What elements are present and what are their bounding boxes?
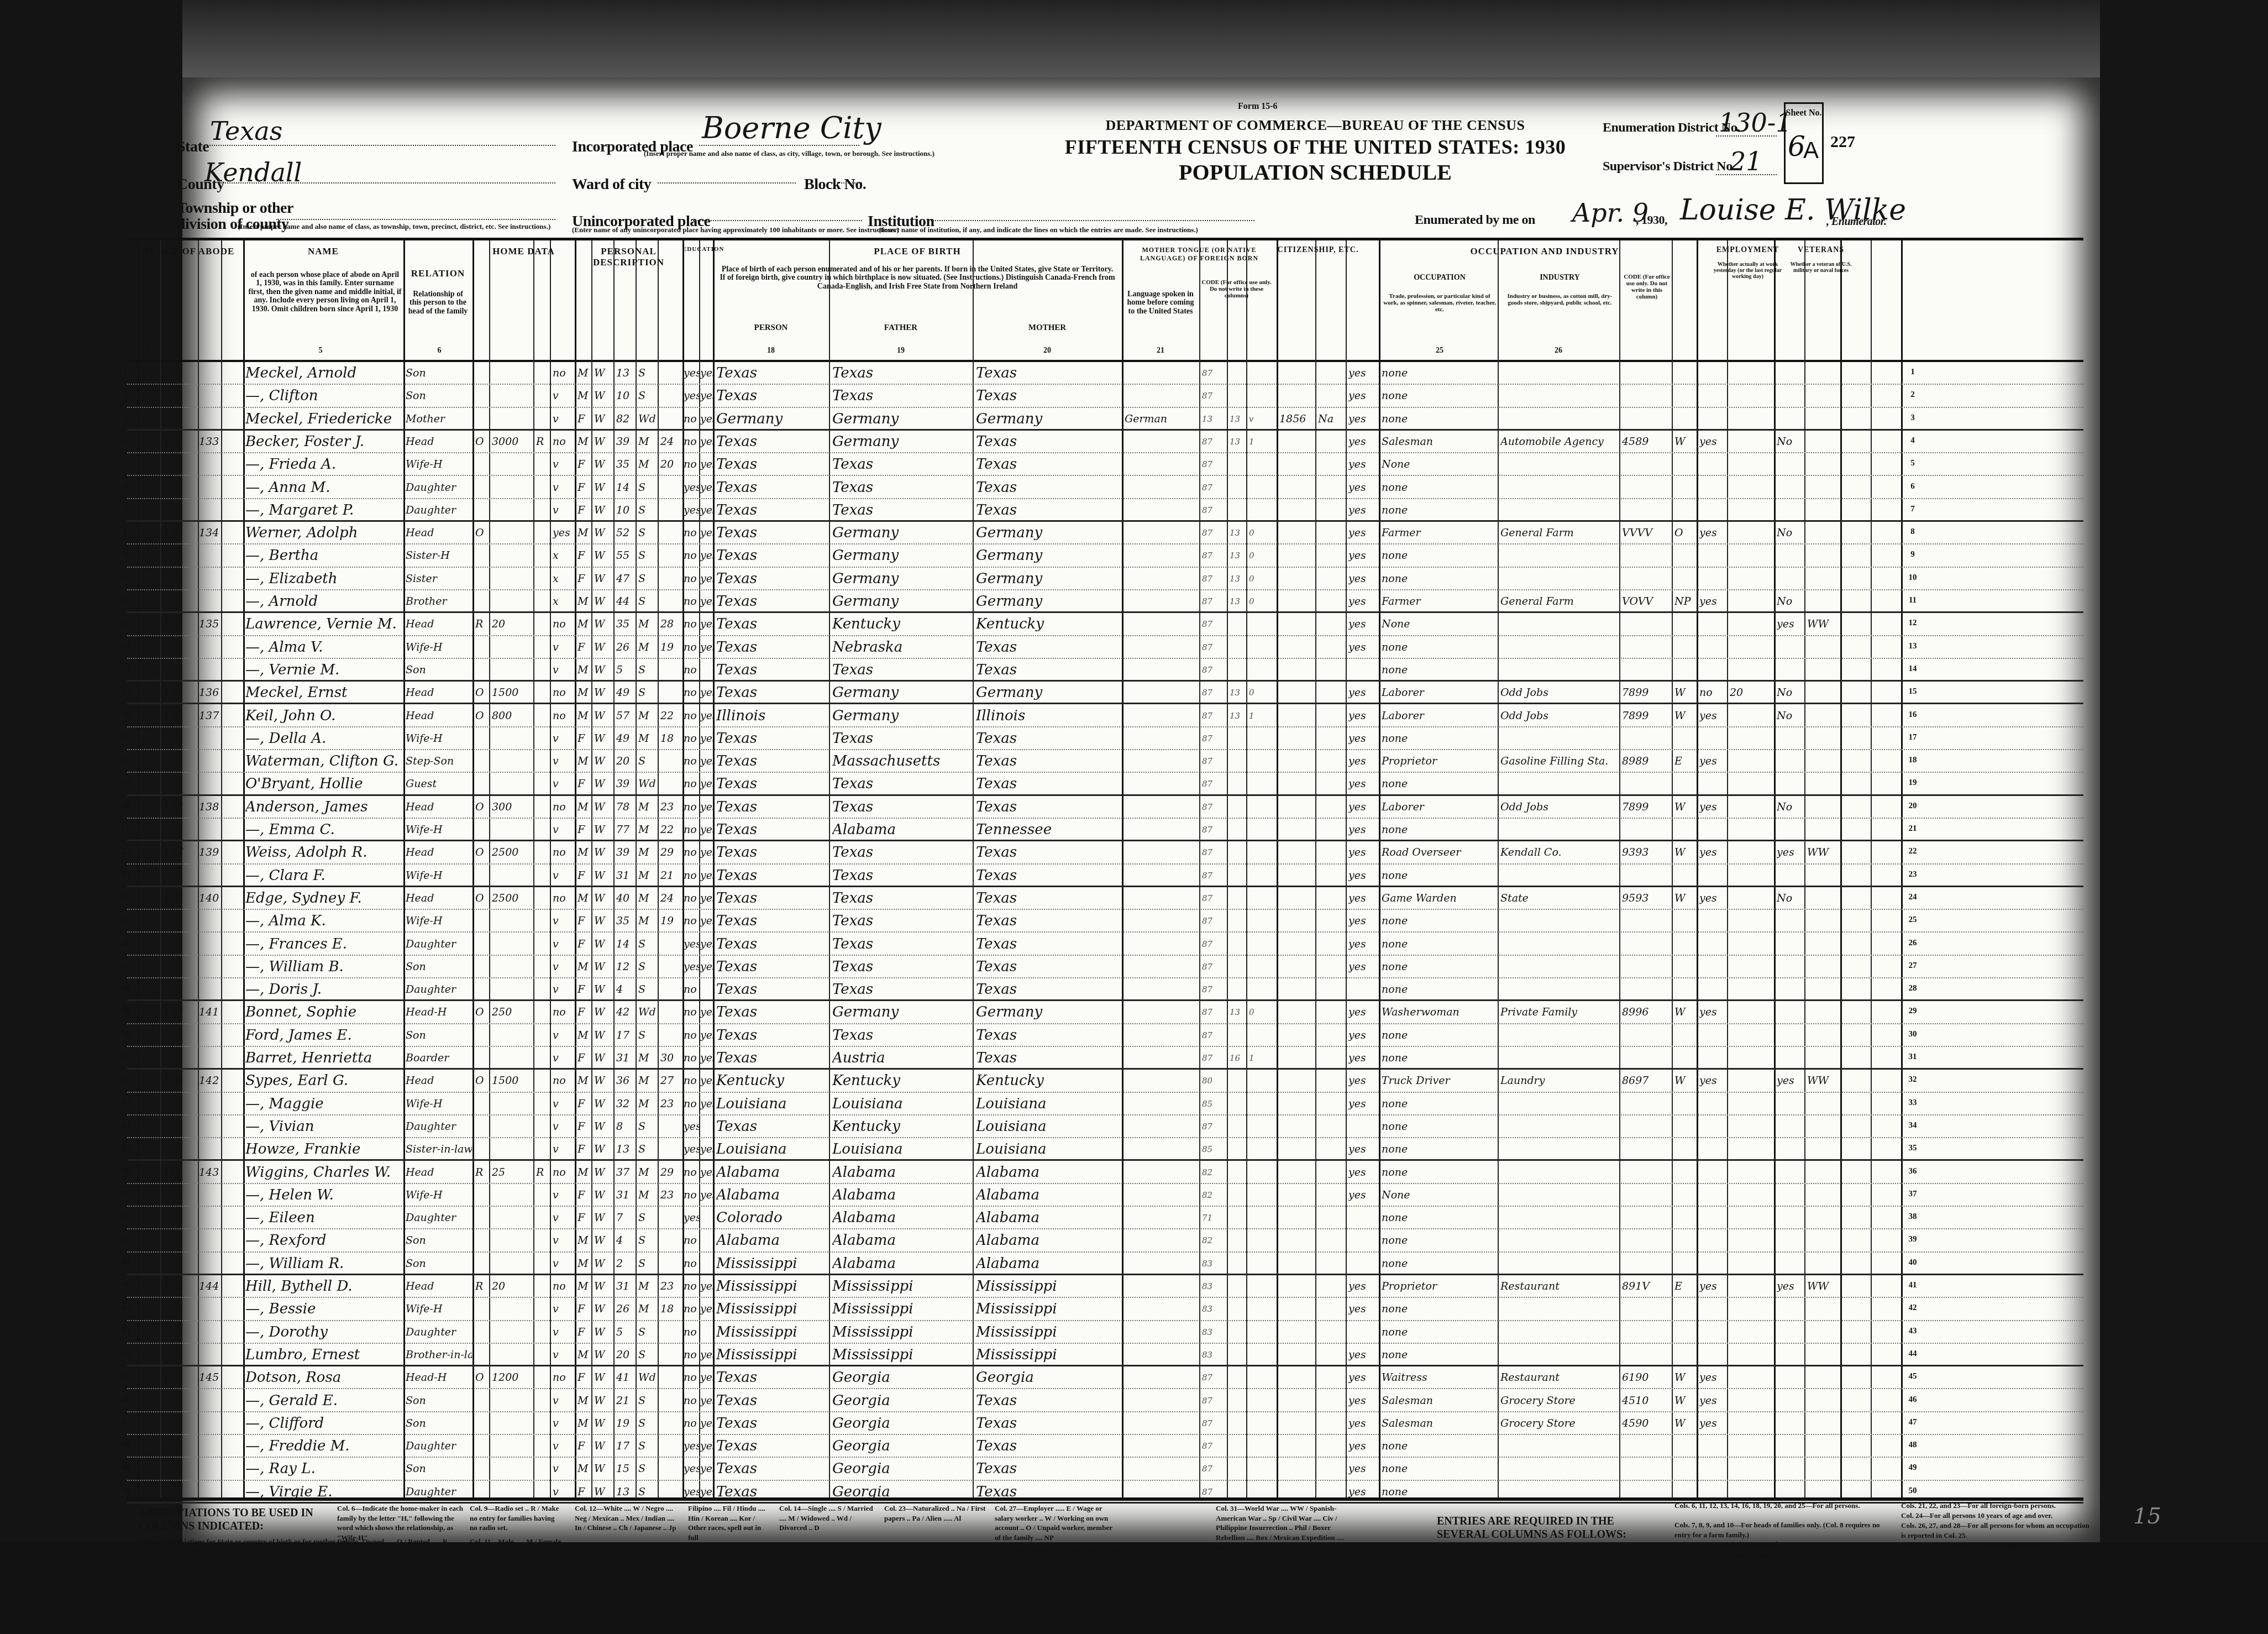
- cell-rel: Wife-H: [406, 910, 472, 932]
- cell-war: WW: [1807, 1070, 1840, 1092]
- table-row: 22—, CliftonSonvMW10SyesyesTexasTexasTex…: [127, 385, 2083, 407]
- cell-farm: v: [553, 453, 575, 475]
- cell-sch: yes: [684, 1138, 699, 1160]
- cell-farm: no: [553, 1001, 575, 1023]
- cell-eng: yes: [1348, 956, 1379, 978]
- cell-dw: 135: [163, 705, 197, 727]
- cell-mbp: Germany: [976, 408, 1122, 430]
- cell-rel: Brother-in-law: [406, 1344, 472, 1366]
- cell-sex: M: [577, 750, 591, 772]
- cell-read: yes: [700, 636, 713, 658]
- cell-read: yes: [700, 499, 713, 521]
- cell-mbp: Texas: [976, 727, 1122, 750]
- cell-mbp: Kentucky: [976, 1070, 1122, 1092]
- cell-sch: no: [684, 1229, 699, 1251]
- cell-read: yes: [700, 453, 713, 475]
- cell-name: Becker, Foster J.: [245, 431, 403, 453]
- cell-sch: no: [684, 522, 699, 544]
- cell-read: yes: [700, 819, 713, 841]
- cell-age: 12: [616, 956, 636, 978]
- cell-fbp: Texas: [832, 659, 973, 681]
- cell-ca: 87: [1202, 978, 1227, 1001]
- cell-ind: State: [1500, 887, 1619, 909]
- cell-cc: 0: [1249, 568, 1277, 590]
- cell-fbp: Georgia: [832, 1458, 973, 1480]
- cell-cls: W: [1674, 1412, 1697, 1434]
- cell-ca: 87: [1202, 1458, 1227, 1480]
- cell-sch: no: [684, 705, 699, 727]
- cell-farm: v: [553, 978, 575, 1001]
- pencil-page-mark: 15: [2133, 1504, 2161, 1529]
- cell-rel: Mother: [406, 408, 472, 430]
- cell-name: —, Virgie E.: [245, 1481, 403, 1503]
- table-row: 4444Lumbro, ErnestBrother-in-lawvMW20Sno…: [127, 1344, 2083, 1366]
- cell-ca: 87: [1202, 887, 1227, 909]
- cell-mar: Wd: [638, 408, 658, 430]
- cell-rel: Son: [406, 1458, 472, 1480]
- cell-fbp: Texas: [832, 865, 973, 887]
- cell-name: Ford, James E.: [245, 1024, 403, 1046]
- cell-occ: Proprietor: [1382, 1275, 1498, 1297]
- cell-fbp: Kentucky: [832, 613, 973, 635]
- cell-bp: Mississippi: [716, 1253, 829, 1275]
- cell-val: 250: [492, 1001, 533, 1023]
- cell-afm: 24: [660, 431, 683, 453]
- cell-sch: no: [684, 408, 699, 430]
- cell-vet: No: [1777, 682, 1804, 704]
- scan-border-top: [0, 0, 2268, 77]
- line-number-left: 9: [115, 550, 136, 559]
- line-number-right: 49: [1902, 1463, 1923, 1473]
- cell-bp: Texas: [716, 636, 829, 658]
- cell-read: yes: [700, 1138, 713, 1160]
- cell-race: W: [594, 933, 613, 955]
- cell-sex: M: [577, 385, 591, 407]
- line-number-left: 23: [115, 870, 136, 879]
- cell-own: O: [475, 1001, 489, 1023]
- cell-bp: Texas: [716, 1001, 829, 1023]
- cell-sch: no: [684, 636, 699, 658]
- entries-rule-7: Cols. 26, 27, and 28—For all persons for…: [1901, 1521, 2094, 1540]
- cell-eng: yes: [1348, 1366, 1379, 1389]
- cell-age: 47: [616, 568, 636, 590]
- col-number-19: 19: [890, 347, 912, 355]
- cell-mar: M: [638, 1047, 658, 1069]
- cell-sex: M: [577, 887, 591, 909]
- cell-rel: Wife-H: [406, 865, 472, 887]
- table-row: 2424138140Edge, Sydney F.HeadO2500noMW40…: [127, 887, 2083, 910]
- cell-mar: S: [638, 1458, 658, 1480]
- cell-ind: General Farm: [1500, 522, 1619, 544]
- line-number-left: 6: [115, 482, 136, 491]
- cell-occ: None: [1382, 1184, 1498, 1206]
- header-mother: MOTHER: [973, 323, 1122, 333]
- cell-read: yes: [700, 613, 713, 635]
- cell-dw: 137: [163, 841, 197, 863]
- cell-ca: 83: [1202, 1298, 1227, 1320]
- cell-occ: Proprietor: [1382, 750, 1498, 772]
- entries-rule-3: Col. 15—For married persons only.: [1674, 1539, 1890, 1549]
- cell-occ: none: [1382, 408, 1498, 430]
- cell-farm: v: [553, 476, 575, 499]
- abbrev-col23: Col. 23—Naturalized .. Na / First papers…: [884, 1504, 989, 1523]
- cell-occ: Laborer: [1382, 705, 1498, 727]
- cell-name: —, Doris J.: [245, 978, 403, 1001]
- unincorporated-line: [691, 220, 862, 221]
- cell-fam: 140: [199, 887, 221, 909]
- cell-eng: yes: [1348, 1458, 1379, 1480]
- census-title: FIFTEENTH CENSUS OF THE UNITED STATES: 1…: [984, 135, 1647, 159]
- cell-bp: Texas: [716, 522, 829, 544]
- cell-rel: Son: [406, 1229, 472, 1251]
- cell-name: Meckel, Arnold: [245, 362, 403, 384]
- cell-fbp: Germany: [832, 705, 973, 727]
- cell-mar: S: [638, 568, 658, 590]
- cell-sex: M: [577, 1412, 591, 1434]
- cell-work: yes: [1699, 750, 1727, 772]
- cell-sch: no: [684, 1275, 699, 1297]
- cell-cc: 1: [1249, 1047, 1277, 1069]
- cell-race: W: [594, 453, 613, 475]
- cell-name: —, Bessie: [245, 1298, 403, 1320]
- cell-fbp: Austria: [832, 1047, 973, 1069]
- cell-bp: Texas: [716, 841, 829, 863]
- cell-fam: 144: [199, 1275, 221, 1297]
- cell-mbp: Texas: [976, 1024, 1122, 1046]
- table-row: 5050—, Virgie E.DaughtervFW13SyesyesTexa…: [127, 1481, 2083, 1504]
- cell-fbp: Texas: [832, 727, 973, 750]
- cell-mar: Wd: [638, 1001, 658, 1023]
- cell-sch: yes: [684, 1481, 699, 1503]
- cell-mbp: Texas: [976, 978, 1122, 1001]
- line-number-right: 24: [1902, 893, 1923, 902]
- cell-mar: S: [638, 1024, 658, 1046]
- cell-cc: 0: [1249, 1001, 1277, 1023]
- abbrev-col27: Col. 27—Employer ..... E / Wage or salar…: [995, 1504, 1116, 1542]
- cell-mbp: Mississippi: [976, 1344, 1122, 1366]
- cell-mar: S: [638, 956, 658, 978]
- line-number-right: 9: [1902, 550, 1923, 559]
- cell-ca: 87: [1202, 659, 1227, 681]
- table-row: 3939—, RexfordSonvMW4SnoAlabamaAlabamaAl…: [127, 1229, 2083, 1252]
- cell-fbp: Mississippi: [832, 1275, 973, 1297]
- cell-race: W: [594, 544, 613, 567]
- cell-mar: S: [638, 522, 658, 544]
- cell-sex: F: [577, 1093, 591, 1115]
- cell-race: W: [594, 1390, 613, 1412]
- state-line: [207, 145, 555, 146]
- line-number-left: 38: [115, 1212, 136, 1222]
- cell-age: 31: [616, 865, 636, 887]
- cell-mar: S: [638, 1253, 658, 1275]
- cell-mar: S: [638, 682, 658, 704]
- cell-mbp: Alabama: [976, 1229, 1122, 1251]
- cell-rel: Son: [406, 1390, 472, 1412]
- cell-own: O: [475, 431, 489, 453]
- line-number-left: 16: [115, 710, 136, 720]
- cell-occ: none: [1382, 978, 1498, 1001]
- cell-read: yes: [700, 1298, 713, 1320]
- township-line: [276, 219, 555, 220]
- enumerated-year: , 1930,: [1636, 213, 1667, 227]
- cell-read: yes: [700, 1390, 713, 1412]
- cell-read: yes: [700, 1275, 713, 1297]
- cell-fam: 136: [199, 682, 221, 704]
- ward-line: [658, 182, 796, 184]
- cell-age: 13: [616, 1481, 636, 1503]
- cell-cls: W: [1674, 682, 1697, 704]
- cell-race: W: [594, 841, 613, 863]
- cell-bp: Texas: [716, 1481, 829, 1503]
- cell-own: O: [475, 796, 489, 818]
- cell-mar: S: [638, 544, 658, 567]
- cell-mar: M: [638, 705, 658, 727]
- cell-ca: 87: [1202, 910, 1227, 932]
- cell-rel: Daughter: [406, 1321, 472, 1343]
- cell-read: yes: [700, 865, 713, 887]
- line-number-left: 25: [115, 915, 136, 925]
- abbrev-col31: Col. 31—World War .... WW / Spanish-Amer…: [1216, 1504, 1354, 1552]
- line-number-right: 43: [1902, 1327, 1923, 1336]
- cell-mbp: Texas: [976, 1412, 1122, 1434]
- cell-fam: 139: [199, 841, 221, 863]
- cell-fbp: Germany: [832, 431, 973, 453]
- cell-fam: 145: [199, 1366, 221, 1389]
- line-number-right: 38: [1902, 1212, 1923, 1222]
- cell-read: yes: [700, 1435, 713, 1457]
- cell-val: 1500: [492, 682, 533, 704]
- cell-mbp: Louisiana: [976, 1138, 1122, 1160]
- cell-race: W: [594, 408, 613, 430]
- cell-fbp: Germany: [832, 590, 973, 612]
- cell-sex: F: [577, 544, 591, 567]
- cell-sex: F: [577, 865, 591, 887]
- cell-occ: Salesman: [1382, 1390, 1498, 1412]
- cell-mar: Wd: [638, 773, 658, 795]
- cell-mar: S: [638, 590, 658, 612]
- line-number-right: 41: [1902, 1281, 1923, 1290]
- cell-age: 35: [616, 613, 636, 635]
- cell-occ: none: [1382, 636, 1498, 658]
- cell-occ: Truck Driver: [1382, 1070, 1498, 1092]
- cell-age: 13: [616, 1138, 636, 1160]
- cell-age: 17: [616, 1024, 636, 1046]
- line-number-left: 19: [115, 778, 136, 788]
- cell-farm: v: [553, 1298, 575, 1320]
- line-number-left: 29: [115, 1007, 136, 1016]
- cell-mar: M: [638, 1298, 658, 1320]
- line-number-right: 13: [1902, 642, 1923, 651]
- cell-fbp: Texas: [832, 385, 973, 407]
- cell-lang: German: [1125, 408, 1199, 430]
- cell-age: 42: [616, 1001, 636, 1023]
- cell-eng: yes: [1348, 887, 1379, 909]
- cell-ind: Gasoline Filling Sta.: [1500, 750, 1619, 772]
- cell-ca: 87: [1202, 1435, 1227, 1457]
- cell-sex: F: [577, 819, 591, 841]
- cell-name: —, Arnold: [245, 590, 403, 612]
- cell-name: Edge, Sydney F.: [245, 887, 403, 909]
- cell-fbp: Kentucky: [832, 1070, 973, 1092]
- cell-rel: Head: [406, 705, 472, 727]
- line-number-right: 21: [1902, 824, 1923, 834]
- cell-age: 10: [616, 385, 636, 407]
- cell-sch: no: [684, 773, 699, 795]
- cell-read: yes: [700, 1001, 713, 1023]
- cell-bp: Texas: [716, 682, 829, 704]
- cell-bp: Texas: [716, 750, 829, 772]
- cell-imm: 1856: [1279, 408, 1315, 430]
- cell-sex: M: [577, 613, 591, 635]
- table-row: 4343—, DorothyDaughtervFW5SnoMississippi…: [127, 1321, 2083, 1344]
- cell-farm: no: [553, 682, 575, 704]
- line-number-left: 1: [115, 368, 136, 377]
- cell-occ: none: [1382, 568, 1498, 590]
- cell-own: R: [475, 613, 489, 635]
- cell-eng: yes: [1348, 910, 1379, 932]
- cell-sex: M: [577, 522, 591, 544]
- cell-afm: 18: [660, 727, 683, 750]
- cell-fam: 137: [199, 705, 221, 727]
- cell-eng: yes: [1348, 636, 1379, 658]
- line-number-left: 40: [115, 1258, 136, 1268]
- line-number-right: 20: [1902, 802, 1923, 811]
- cell-vet: yes: [1777, 1070, 1804, 1092]
- cell-rel: Wife-H: [406, 819, 472, 841]
- cell-rel: Head: [406, 682, 472, 704]
- cell-name: —, William B.: [245, 956, 403, 978]
- cell-vet: yes: [1777, 613, 1804, 635]
- cell-name: Meckel, Ernst: [245, 682, 403, 704]
- cell-farm: v: [553, 933, 575, 955]
- cell-code: 7899: [1622, 682, 1672, 704]
- cell-read: yes: [700, 1366, 713, 1389]
- cell-bp: Texas: [716, 727, 829, 750]
- cell-occ: Farmer: [1382, 522, 1498, 544]
- cell-val: 2500: [492, 887, 533, 909]
- cell-sch: no: [684, 1253, 699, 1275]
- cell-rel: Daughter: [406, 476, 472, 499]
- cell-afm: 24: [660, 887, 683, 909]
- cell-sex: M: [577, 841, 591, 863]
- line-number-right: 47: [1902, 1418, 1923, 1427]
- cell-age: 7: [616, 1207, 636, 1229]
- cell-farm: no: [553, 887, 575, 909]
- cell-eng: yes: [1348, 1481, 1379, 1503]
- cell-age: 49: [616, 727, 636, 750]
- table-row: 4545143145Dotson, RosaHead-HO1200noFW41W…: [127, 1366, 2083, 1389]
- cell-ca: 87: [1202, 568, 1227, 590]
- cell-bp: Texas: [716, 453, 829, 475]
- cell-name: —, Emma C.: [245, 819, 403, 841]
- state-label: State: [177, 138, 209, 156]
- cell-sch: no: [684, 613, 699, 635]
- cell-race: W: [594, 1207, 613, 1229]
- cell-rel: Wife-H: [406, 453, 472, 475]
- cell-rel: Sister-in-law: [406, 1138, 472, 1160]
- cell-mar: S: [638, 385, 658, 407]
- cell-sch: yes: [684, 499, 699, 521]
- cell-sch: no: [684, 865, 699, 887]
- cell-ca: 87: [1202, 819, 1227, 841]
- line-number-left: 37: [115, 1190, 136, 1199]
- line-number-left: 35: [115, 1144, 136, 1153]
- cell-occ: none: [1382, 1321, 1498, 1343]
- cell-name: —, Eileen: [245, 1207, 403, 1229]
- cell-name: Lumbro, Ernest: [245, 1344, 403, 1366]
- county-line: [218, 182, 555, 184]
- cell-ca: 83: [1202, 1321, 1227, 1343]
- cell-race: W: [594, 522, 613, 544]
- cell-race: W: [594, 1298, 613, 1320]
- cell-rel: Son: [406, 1412, 472, 1434]
- cell-name: Dotson, Rosa: [245, 1366, 403, 1389]
- incorporated-line: [699, 145, 859, 146]
- cell-bp: Texas: [716, 978, 829, 1001]
- line-number-left: 44: [115, 1349, 136, 1359]
- cell-sch: yes: [684, 956, 699, 978]
- cell-ca: 87: [1202, 1366, 1227, 1389]
- cell-race: W: [594, 1435, 613, 1457]
- cell-age: 21: [616, 1390, 636, 1412]
- printer-mark: 11—9027 U. S. GOVERNMENT PRINTING OFFICE…: [967, 1548, 1121, 1556]
- cell-fbp: Louisiana: [832, 1138, 973, 1160]
- cell-sch: no: [684, 453, 699, 475]
- header-code-office: CODE (For office use only. Do not write …: [1199, 279, 1274, 299]
- cell-farm: x: [553, 590, 575, 612]
- cell-eng: yes: [1348, 1298, 1379, 1320]
- cell-sch: no: [684, 727, 699, 750]
- cell-occ: none: [1382, 1253, 1498, 1275]
- cell-fbp: Massachusetts: [832, 750, 973, 772]
- col-number-25: 25: [1429, 347, 1451, 355]
- cell-cls: W: [1674, 1070, 1697, 1092]
- cell-fbp: Texas: [832, 841, 973, 863]
- table-row: 3030Ford, James E.SonvMW17SnoyesTexasTex…: [127, 1024, 2083, 1047]
- cell-farm: no: [553, 841, 575, 863]
- cell-age: 4: [616, 1229, 636, 1251]
- line-number-right: 40: [1902, 1258, 1923, 1268]
- cell-occ: none: [1382, 910, 1498, 932]
- cell-sch: no: [684, 1001, 699, 1023]
- institution-hint: (Insert name of institution, if any, and…: [879, 226, 1198, 234]
- line-number-left: 47: [115, 1418, 136, 1427]
- header-relationship: Relationship of this person to the head …: [406, 290, 470, 316]
- institution-line: [928, 220, 1254, 221]
- cell-race: W: [594, 613, 613, 635]
- cell-afm: 29: [660, 841, 683, 863]
- cell-code: 6190: [1622, 1366, 1672, 1389]
- cell-read: yes: [700, 750, 713, 772]
- cell-occ: none: [1382, 1344, 1498, 1366]
- line-number-left: 50: [115, 1486, 136, 1496]
- cell-mar: M: [638, 1184, 658, 1206]
- cell-name: —, Anna M.: [245, 476, 403, 499]
- cell-vet: No: [1777, 590, 1804, 612]
- cell-mbp: Texas: [976, 1435, 1122, 1457]
- cell-occ: Washerwoman: [1382, 1001, 1498, 1023]
- cell-eng: yes: [1348, 568, 1379, 590]
- cell-farm: v: [553, 1435, 575, 1457]
- abbrev-col14: Col. 14—Single .... S / Married .... M /…: [779, 1504, 873, 1533]
- cell-race: W: [594, 1184, 613, 1206]
- cell-bp: Texas: [716, 544, 829, 567]
- table-row: 3535Howze, FrankieSister-in-lawvFW13Syes…: [127, 1138, 2083, 1161]
- cell-mar: S: [638, 750, 658, 772]
- sheet-letter: A: [1803, 137, 1819, 164]
- cell-name: Waterman, Clifton G.: [245, 750, 403, 772]
- header-veteran-note: Whether a veteran of U.S. military or na…: [1788, 261, 1854, 274]
